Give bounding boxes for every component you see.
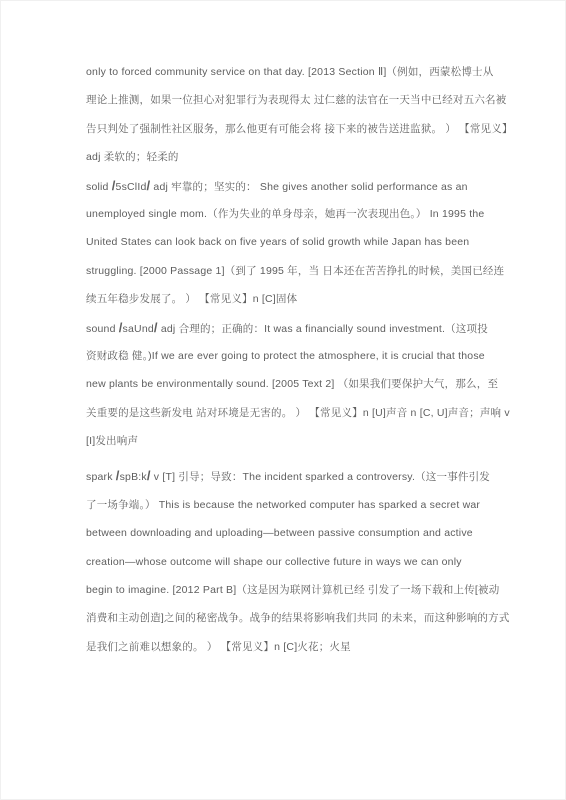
text-line: begin to imagine. [2012 Part B]（这是因为联网计算…	[86, 576, 496, 604]
dictionary-entry-2-solid: solid /5sClId/ adj 牢靠的；坚实的： She gives an…	[86, 172, 496, 314]
text-line: struggling. [2000 Passage 1]（到了 1995 年，当…	[86, 257, 496, 285]
text-line: solid /5sClId/ adj 牢靠的；坚实的： She gives an…	[86, 172, 496, 200]
text-line: 消费和主动创造]之间的秘密战争。战争的结果将影响我们共同 的未来，而这种影响的方…	[86, 604, 496, 632]
text-segment: 关重要的是这些新发电 站对环境是无害的。 ） 【常见义】n [U]声音 n [C…	[86, 407, 510, 419]
text-line: 资财政稳 健。)If we are ever going to protect …	[86, 342, 496, 370]
text-segment: 续五年稳步发展了。 ） 【常见义】n [C]固体	[86, 293, 297, 305]
text-segment: sound	[86, 323, 119, 335]
text-line: United States can look back on five year…	[86, 228, 496, 256]
text-segment: unemployed single mom.（作为失业的单身母亲，她再一次表现出…	[86, 208, 484, 220]
text-segment: 了一场争端。） This is because the networked co…	[86, 499, 480, 511]
text-segment: new plants be environmentally sound. [20…	[86, 378, 498, 390]
document-page: only to forced community service on that…	[0, 0, 566, 800]
text-segment: spark	[86, 471, 116, 483]
text-line: 告只判处了强制性社区服务，那么他更有可能会将 接下来的被告送进监狱。 ） 【常见…	[86, 115, 496, 143]
text-line: creation—whose outcome will shape our co…	[86, 548, 496, 576]
text-line: 是我们之前难以想象的。 ） 【常见义】n [C]火花；火星	[86, 633, 496, 661]
text-line: sound /saUnd/ adj 合理的；正确的：It was a finan…	[86, 314, 496, 342]
text-line: 理论上推测，如果一位担心对犯罪行为表现得太 过仁慈的法官在一天当中已经对五六名被	[86, 86, 496, 114]
text-segment: adj 合理的；正确的：It was a financially sound i…	[158, 323, 488, 335]
text-line: only to forced community service on that…	[86, 58, 496, 86]
text-segment: United States can look back on five year…	[86, 236, 469, 248]
text-segment: 消费和主动创造]之间的秘密战争。战争的结果将影响我们共同 的未来，而这种影响的方…	[86, 612, 510, 624]
text-segment: begin to imagine. [2012 Part B]（这是因为联网计算…	[86, 584, 499, 596]
dictionary-entry-4-spark: spark /spB:k/ v [T] 引导；导致：The incident s…	[86, 462, 496, 661]
text-segment: between downloading and uploading—betwee…	[86, 527, 473, 539]
text-segment: saUnd	[123, 323, 154, 335]
dictionary-entry-1-continuation: only to forced community service on that…	[86, 58, 496, 172]
text-line: new plants be environmentally sound. [20…	[86, 370, 496, 398]
dictionary-entry-3-sound: sound /saUnd/ adj 合理的；正确的：It was a finan…	[86, 314, 496, 456]
text-line: spark /spB:k/ v [T] 引导；导致：The incident s…	[86, 462, 496, 490]
text-line: 续五年稳步发展了。 ） 【常见义】n [C]固体	[86, 285, 496, 313]
text-segment: struggling. [2000 Passage 1]（到了 1995 年，当…	[86, 265, 504, 277]
text-segment: 理论上推测，如果一位担心对犯罪行为表现得太 过仁慈的法官在一天当中已经对五六名被	[86, 94, 506, 106]
text-line: [I]发出响声	[86, 427, 496, 455]
page-text: only to forced community service on that…	[86, 58, 496, 661]
text-segment: [I]发出响声	[86, 435, 138, 447]
text-segment: 是我们之前难以想象的。 ） 【常见义】n [C]火花；火星	[86, 641, 351, 653]
text-line: adj 柔软的；轻柔的	[86, 143, 496, 171]
text-segment: adj 柔软的；轻柔的	[86, 151, 179, 163]
text-segment: solid	[86, 181, 112, 193]
text-line: unemployed single mom.（作为失业的单身母亲，她再一次表现出…	[86, 200, 496, 228]
text-segment: 告只判处了强制性社区服务，那么他更有可能会将 接下来的被告送进监狱。 ） 【常见…	[86, 123, 513, 135]
text-line: 关重要的是这些新发电 站对环境是无害的。 ） 【常见义】n [U]声音 n [C…	[86, 399, 496, 427]
text-segment: 资财政稳 健。)If we are ever going to protect …	[86, 350, 485, 362]
text-segment: v [T] 引导；导致：The incident sparked a contr…	[151, 471, 490, 483]
text-segment: creation—whose outcome will shape our co…	[86, 556, 462, 568]
text-segment: only to forced community service on that…	[86, 66, 493, 78]
text-line: 了一场争端。） This is because the networked co…	[86, 491, 496, 519]
text-segment: spB:k	[120, 471, 147, 483]
text-segment: 5sClId	[116, 181, 147, 193]
text-line: between downloading and uploading—betwee…	[86, 519, 496, 547]
text-segment: adj 牢靠的；坚实的： She gives another solid per…	[150, 181, 467, 193]
